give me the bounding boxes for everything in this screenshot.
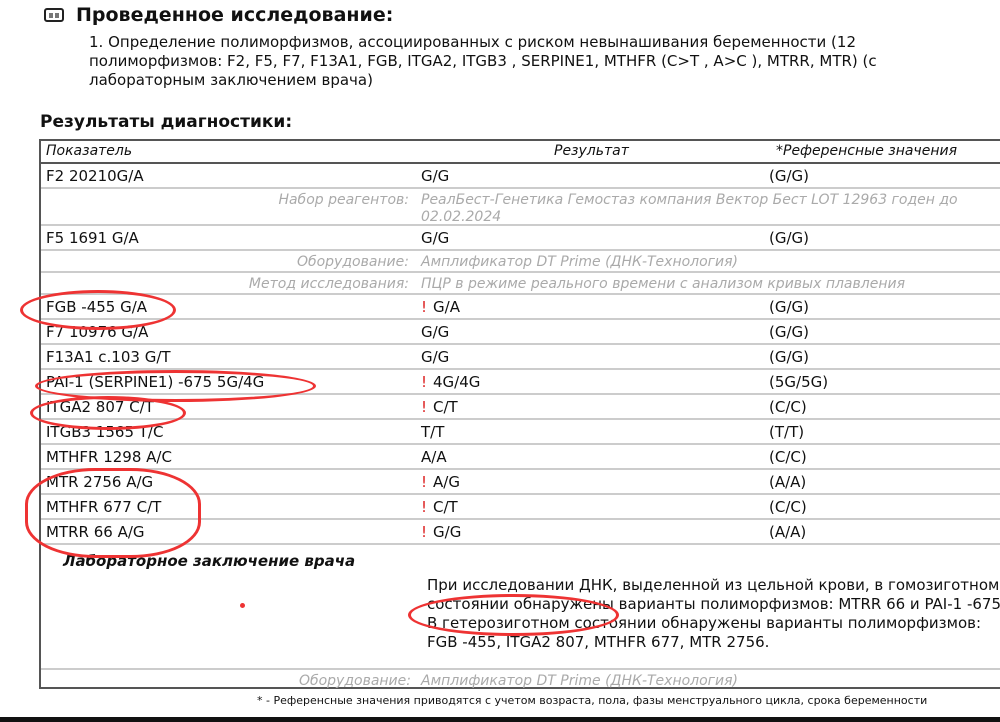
reference-value: (G/G) bbox=[769, 323, 809, 341]
footnote: * - Референсные значения приводятся с уч… bbox=[257, 694, 927, 707]
table-row: PAI-1 (SERPINE1) -675 5G/4G!4G/4G(5G/5G) bbox=[41, 370, 1000, 395]
table-row: MTR 2756 A/G!A/G(A/A) bbox=[41, 470, 1000, 495]
meta-value: Амплификатор DT Prime (ДНК-Технология) bbox=[421, 673, 991, 690]
annotation-dot bbox=[240, 603, 245, 608]
header-indicator: Показатель bbox=[46, 143, 132, 159]
conclusion-title: Лабораторное заключение врача bbox=[63, 552, 355, 570]
result-value: !C/T bbox=[421, 498, 458, 516]
result-text: C/T bbox=[433, 498, 458, 516]
indicator-name: F13A1 c.103 G/T bbox=[46, 348, 171, 366]
indicator-name: F7 10976 G/A bbox=[46, 323, 148, 341]
meta-row: Оборудование:Амплификатор DT Prime (ДНК-… bbox=[41, 251, 1000, 273]
alert-icon: ! bbox=[421, 523, 427, 541]
table-body: F2 20210G/AG/G(G/G)Набор реагентов:РеалБ… bbox=[41, 164, 1000, 545]
indicator-name: MTHFR 1298 A/C bbox=[46, 448, 172, 466]
result-text: A/G bbox=[433, 473, 460, 491]
reference-value: (G/G) bbox=[769, 298, 809, 316]
meta-label: Метод исследования: bbox=[249, 276, 409, 292]
study-title: Проведенное исследование: bbox=[76, 4, 393, 26]
result-value: A/A bbox=[421, 448, 447, 466]
reference-value: (G/G) bbox=[769, 348, 809, 366]
results-title: Результаты диагностики: bbox=[40, 112, 292, 132]
meta-value: ПЦР в режиме реального времени с анализо… bbox=[421, 276, 991, 293]
indicator-name: MTHFR 677 C/T bbox=[46, 498, 161, 516]
reference-value: (A/A) bbox=[769, 523, 806, 541]
reference-value: (G/G) bbox=[769, 229, 809, 247]
alert-icon: ! bbox=[421, 398, 427, 416]
result-value: T/T bbox=[421, 423, 444, 441]
result-text: G/G bbox=[421, 348, 449, 366]
reference-value: (5G/5G) bbox=[769, 373, 828, 391]
table-row: F13A1 c.103 G/TG/G(G/G) bbox=[41, 345, 1000, 370]
reference-value: (T/T) bbox=[769, 423, 804, 441]
alert-icon: ! bbox=[421, 498, 427, 516]
table-row: MTRR 66 A/G!G/G(A/A) bbox=[41, 520, 1000, 545]
result-value: !A/G bbox=[421, 473, 460, 491]
meta-value: РеалБест-Генетика Гемостаз компания Вект… bbox=[421, 192, 991, 226]
indicator-name: F5 1691 G/A bbox=[46, 229, 139, 247]
indicator-name: MTRR 66 A/G bbox=[46, 523, 145, 541]
table-row: F2 20210G/AG/G(G/G) bbox=[41, 164, 1000, 189]
table-row: F5 1691 G/AG/G(G/G) bbox=[41, 226, 1000, 251]
indicator-name: FGB -455 G/A bbox=[46, 298, 147, 316]
indicator-name: MTR 2756 A/G bbox=[46, 473, 153, 491]
reference-value: (C/C) bbox=[769, 448, 807, 466]
reference-value: (C/C) bbox=[769, 498, 807, 516]
alert-icon: ! bbox=[421, 473, 427, 491]
study-description: 1. Определение полиморфизмов, ассоцииров… bbox=[89, 33, 969, 90]
meta-label: Набор реагентов: bbox=[278, 192, 409, 208]
result-value: !C/T bbox=[421, 398, 458, 416]
meta-label: Оборудование: bbox=[297, 254, 409, 270]
meta-value: Амплификатор DT Prime (ДНК-Технология) bbox=[421, 254, 991, 271]
table-row: FGB -455 G/A!G/A(G/G) bbox=[41, 295, 1000, 320]
alert-icon: ! bbox=[421, 373, 427, 391]
result-text: T/T bbox=[421, 423, 444, 441]
result-value: !G/G bbox=[421, 523, 461, 541]
result-value: G/G bbox=[421, 348, 449, 366]
table-header: Показатель Результат *Референсные значен… bbox=[41, 141, 1000, 164]
result-text: G/G bbox=[421, 167, 449, 185]
table-row: ITGB3 1565 T/CT/T(T/T) bbox=[41, 420, 1000, 445]
table-row: F7 10976 G/AG/G(G/G) bbox=[41, 320, 1000, 345]
indicator-name: ITGB3 1565 T/C bbox=[46, 423, 163, 441]
divider bbox=[0, 717, 1000, 722]
indicator-name: F2 20210G/A bbox=[46, 167, 144, 185]
alert-icon: ! bbox=[421, 298, 427, 316]
reference-value: (C/C) bbox=[769, 398, 807, 416]
reference-value: (G/G) bbox=[769, 167, 809, 185]
result-value: !G/A bbox=[421, 298, 460, 316]
result-value: G/G bbox=[421, 167, 449, 185]
indicator-name: ITGA2 807 C/T bbox=[46, 398, 154, 416]
book-icon bbox=[44, 8, 64, 22]
meta-row: Набор реагентов:РеалБест-Генетика Гемост… bbox=[41, 189, 1000, 226]
result-text: 4G/4G bbox=[433, 373, 480, 391]
result-value: G/G bbox=[421, 323, 449, 341]
result-text: C/T bbox=[433, 398, 458, 416]
result-text: G/G bbox=[433, 523, 461, 541]
result-text: G/G bbox=[421, 323, 449, 341]
table-row: ITGA2 807 C/T!C/T(C/C) bbox=[41, 395, 1000, 420]
result-value: G/G bbox=[421, 229, 449, 247]
header-reference: *Референсные значения bbox=[776, 143, 957, 159]
meta-label: Оборудование: bbox=[299, 673, 411, 689]
table-row: MTHFR 677 C/T!C/T(C/C) bbox=[41, 495, 1000, 520]
results-table: Показатель Результат *Референсные значен… bbox=[39, 139, 1000, 689]
result-value: !4G/4G bbox=[421, 373, 480, 391]
indicator-name: PAI-1 (SERPINE1) -675 5G/4G bbox=[46, 373, 264, 391]
conclusion-text: При исследовании ДНК, выделенной из цель… bbox=[427, 576, 1000, 652]
study-header: Проведенное исследование: bbox=[44, 4, 393, 26]
reference-value: (A/A) bbox=[769, 473, 806, 491]
conclusion-equipment: Оборудование: Амплификатор DT Prime (ДНК… bbox=[41, 668, 1000, 690]
result-text: G/G bbox=[421, 229, 449, 247]
header-result: Результат bbox=[554, 143, 629, 159]
meta-row: Метод исследования:ПЦР в режиме реальног… bbox=[41, 273, 1000, 295]
result-text: A/A bbox=[421, 448, 447, 466]
table-row: MTHFR 1298 A/CA/A(C/C) bbox=[41, 445, 1000, 470]
result-text: G/A bbox=[433, 298, 460, 316]
